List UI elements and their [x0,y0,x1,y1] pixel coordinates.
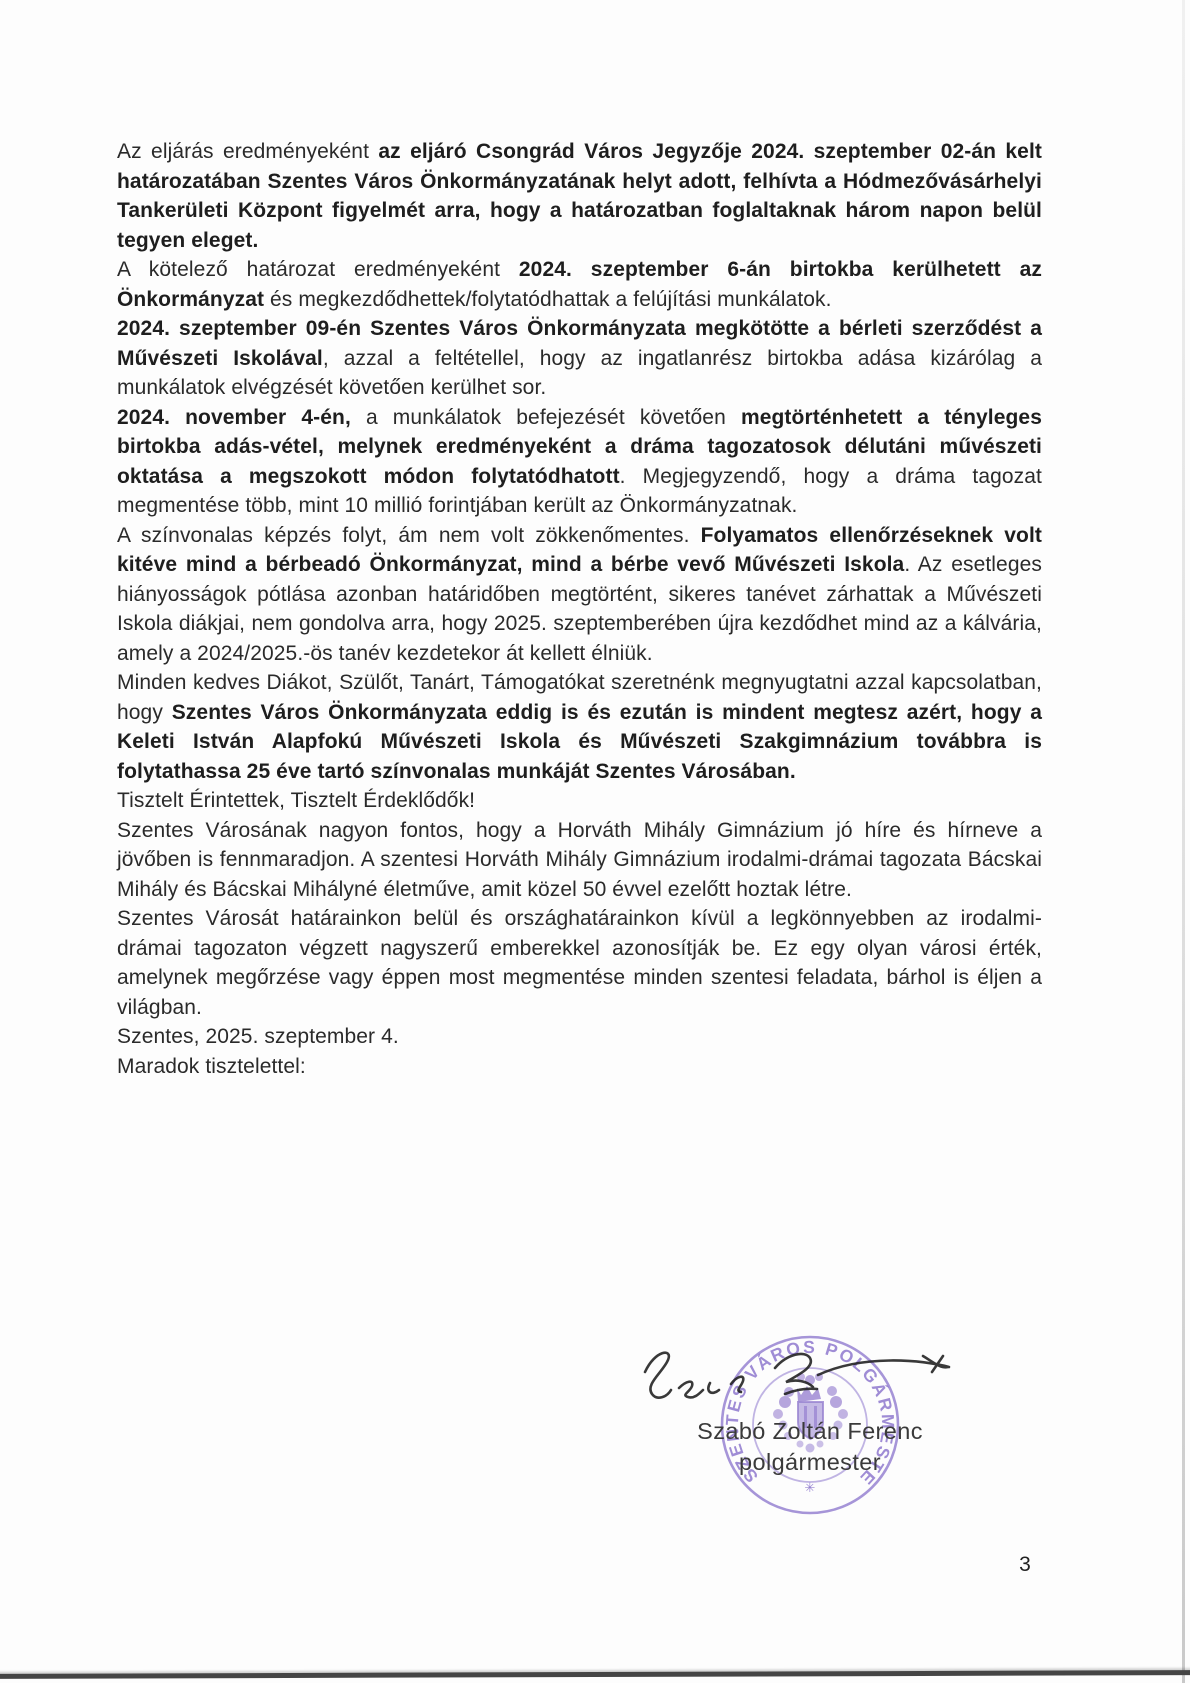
paragraph-text-bold: 2024. november 4-én, [117,406,351,429]
paragraph: Az eljárás eredményeként az eljáró Csong… [117,137,1042,255]
paragraph: A színvonalas képzés folyt, ám nem volt … [117,521,1042,669]
paragraph-text: A színvonalas képzés folyt, ám nem volt … [117,524,701,547]
signature-block: SZENTES VÁROS POLGÁRMESTERE ✳ [600,1320,1020,1550]
paragraph-text: és megkezdődhettek/folytatódhattak a fel… [264,288,832,311]
scan-edge-right [1182,0,1185,1683]
salutation-line: Tisztelt Érintettek, Tisztelt Érdeklődők… [117,786,1042,816]
paragraph-text: Az eljárás eredményeként [117,140,378,163]
signatory-name: Szabó Zoltán Ferenc [660,1416,960,1447]
letter-body: Az eljárás eredményeként az eljáró Csong… [117,137,1042,1081]
date-text: Szentes, 2025. szeptember 4. [117,1025,399,1048]
scanned-letter-page: Az eljárás eredményeként az eljáró Csong… [0,0,1190,1683]
valediction-line: Maradok tisztelettel: [117,1052,1042,1082]
paragraph: Szentes Városának nagyon fontos, hogy a … [117,816,1042,905]
paragraph: 2024. november 4-én, a munkálatok befeje… [117,403,1042,521]
paragraph: A kötelező határozat eredményeként 2024.… [117,255,1042,314]
paragraph-text: a munkálatok befejezését követően [351,406,741,429]
stamp-star-icon: ✳ [805,1480,816,1495]
handwritten-signature [635,1342,955,1422]
signatory: Szabó Zoltán Ferenc polgármester [660,1416,960,1478]
paragraph: Minden kedves Diákot, Szülőt, Tanárt, Tá… [117,668,1042,786]
signatory-title: polgármester [660,1447,960,1478]
paragraph-text: Szentes Városának nagyon fontos, hogy a … [117,819,1042,901]
paragraph: Szentes Városát határainkon belül és ors… [117,904,1042,1022]
scan-edge-bottom [0,1670,1190,1679]
paragraph-text: Szentes Városát határainkon belül és ors… [117,907,1042,1019]
paragraph-text: A kötelező határozat eredményeként [117,258,519,281]
paragraph: 2024. szeptember 09-én Szentes Város Önk… [117,314,1042,403]
page-number: 3 [1000,1553,1050,1577]
valediction-text: Maradok tisztelettel: [117,1055,306,1078]
paragraph-text: Tisztelt Érintettek, Tisztelt Érdeklődők… [117,789,475,812]
paragraph-text-bold: Szentes Város Önkormányzata eddig is és … [117,701,1042,783]
date-line: Szentes, 2025. szeptember 4. [117,1022,1042,1052]
